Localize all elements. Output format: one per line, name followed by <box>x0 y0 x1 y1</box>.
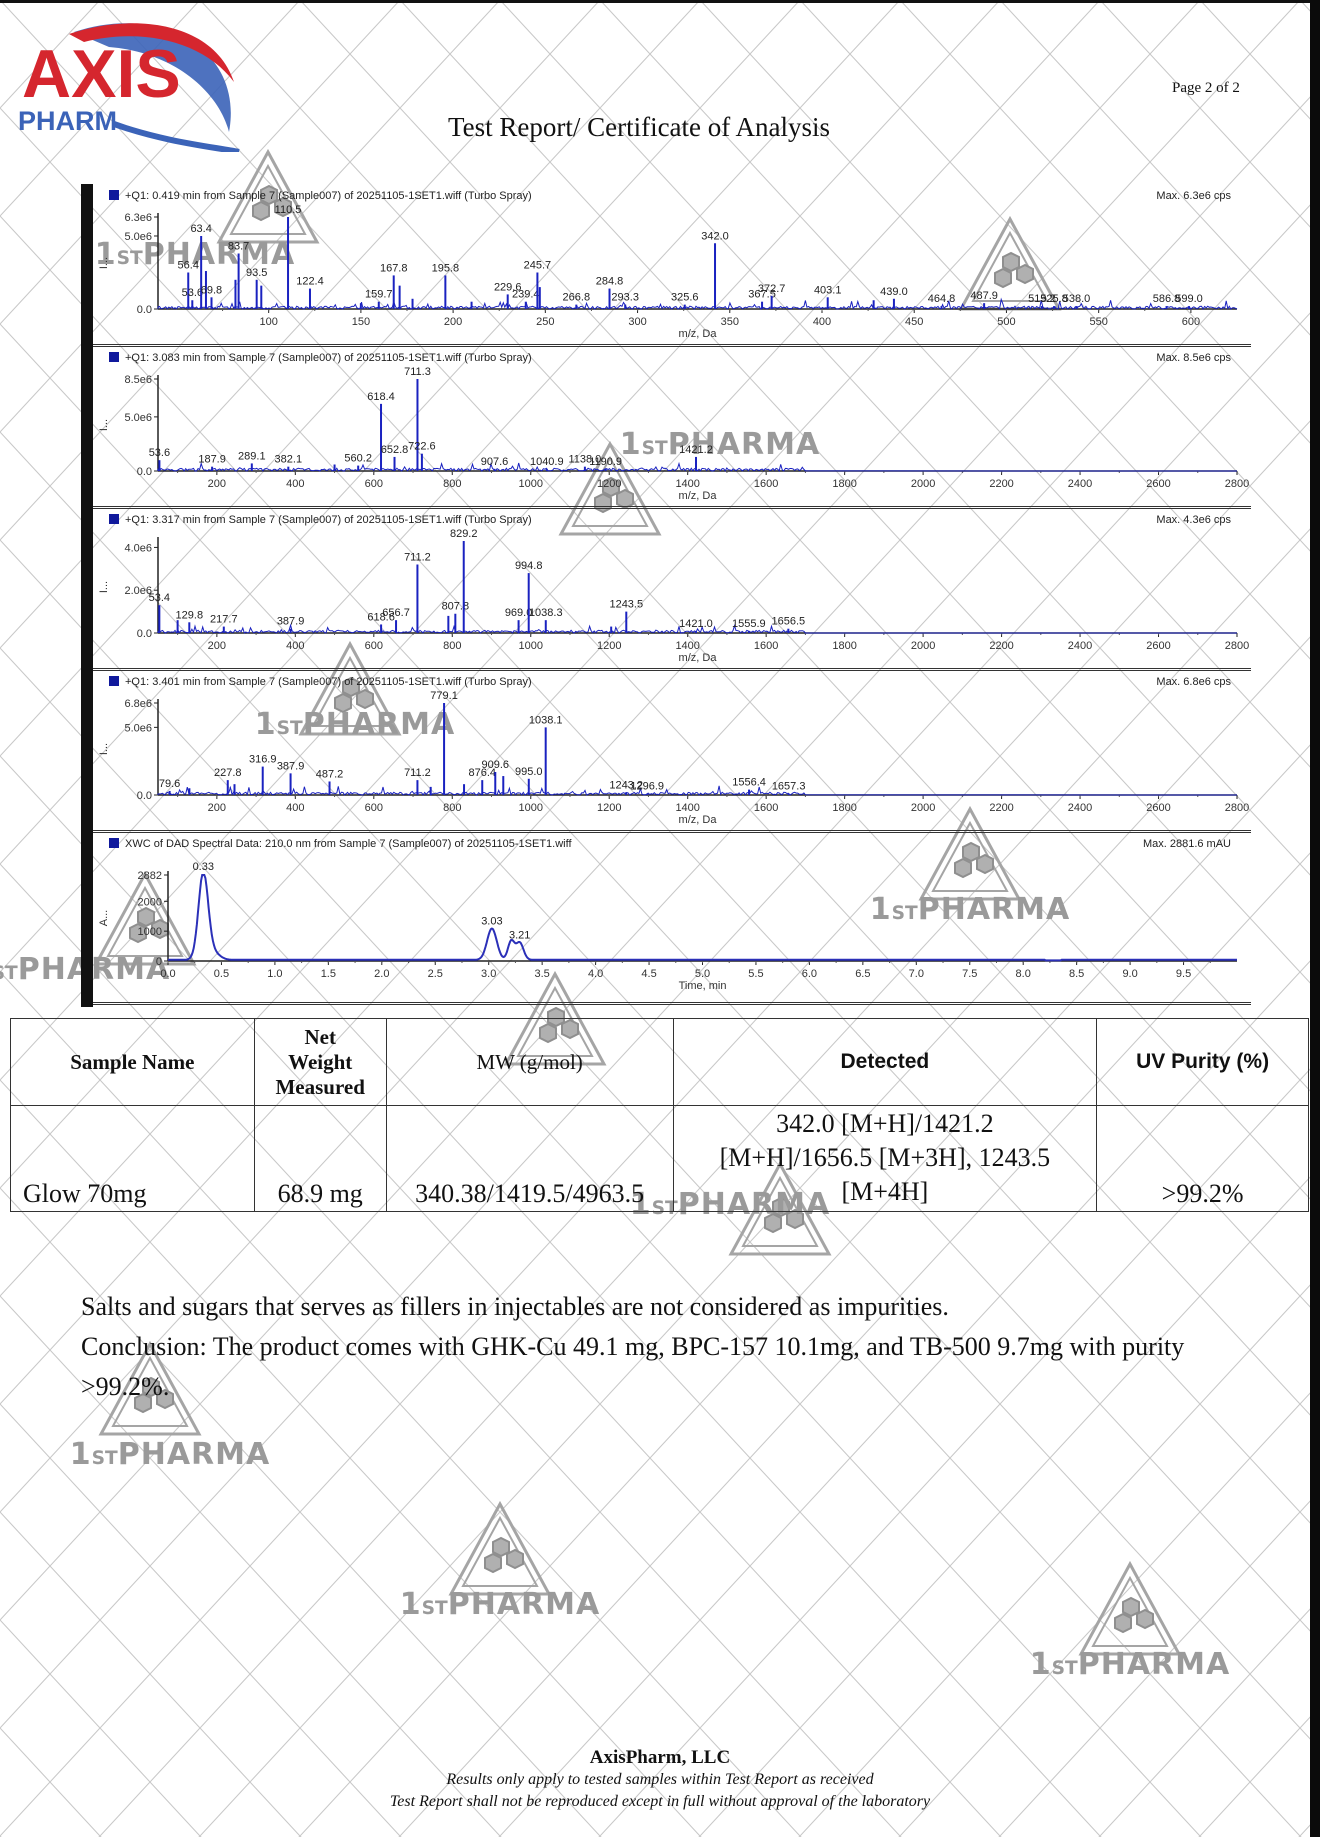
svg-text:150: 150 <box>352 316 370 328</box>
axispharm-logo: AXIS PHARM <box>14 12 244 152</box>
svg-text:266.8: 266.8 <box>563 292 591 304</box>
svg-text:2400: 2400 <box>1068 640 1092 652</box>
svg-text:93.5: 93.5 <box>246 267 267 279</box>
svg-text:2000: 2000 <box>138 896 162 908</box>
svg-text:245.7: 245.7 <box>524 259 552 271</box>
svg-text:293.3: 293.3 <box>611 292 639 304</box>
svg-text:227.8: 227.8 <box>214 767 242 779</box>
svg-text:I...: I... <box>98 743 110 755</box>
svg-text:316.9: 316.9 <box>249 754 277 766</box>
svg-text:403.1: 403.1 <box>814 284 842 296</box>
svg-text:5.0: 5.0 <box>695 968 710 980</box>
svg-text:2000: 2000 <box>911 640 935 652</box>
svg-text:1.5: 1.5 <box>321 968 336 980</box>
svg-text:2000: 2000 <box>911 478 935 490</box>
svg-text:69.8: 69.8 <box>201 284 222 296</box>
svg-text:I...: I... <box>98 581 110 593</box>
svg-text:2600: 2600 <box>1146 640 1170 652</box>
svg-text:1656.5: 1656.5 <box>772 616 806 628</box>
svg-text:0.33: 0.33 <box>193 861 214 873</box>
svg-text:1800: 1800 <box>832 802 856 814</box>
svg-text:1400: 1400 <box>675 640 699 652</box>
mass-spectrum-plot: 0.05.0e66.3e6I...10015020025030035040045… <box>93 184 1251 347</box>
svg-text:600: 600 <box>1182 316 1200 328</box>
header-net-weight-line1: Net <box>304 1025 335 1049</box>
svg-text:3.21: 3.21 <box>509 930 530 942</box>
header-uv-purity: UV Purity (%) <box>1097 1019 1309 1106</box>
ms-spectrum-panel-0419min: +Q1: 0.419 min from Sample 7 (Sample007)… <box>93 184 1251 347</box>
header-net-weight-line3: Measured <box>275 1075 364 1099</box>
svg-text:1600: 1600 <box>754 640 778 652</box>
svg-text:1000: 1000 <box>138 926 162 938</box>
svg-text:200: 200 <box>208 478 226 490</box>
svg-text:0.0: 0.0 <box>137 628 152 640</box>
svg-text:600: 600 <box>365 478 383 490</box>
svg-text:56.4: 56.4 <box>178 259 199 271</box>
svg-text:711.2: 711.2 <box>404 767 431 779</box>
svg-text:995.0: 995.0 <box>515 766 543 778</box>
header-sample-name: Sample Name <box>11 1019 255 1106</box>
svg-text:Time, min: Time, min <box>679 980 727 992</box>
svg-text:4.0e6: 4.0e6 <box>124 542 152 554</box>
svg-text:2800: 2800 <box>1225 640 1249 652</box>
cell-sample-name: Glow 70mg <box>11 1106 255 1212</box>
svg-text:800: 800 <box>443 478 461 490</box>
svg-text:217.7: 217.7 <box>210 614 238 626</box>
svg-text:159.7: 159.7 <box>365 289 393 301</box>
lcms-chart-stack: +Q1: 0.419 min from Sample 7 (Sample007)… <box>81 184 1251 1007</box>
svg-text:1800: 1800 <box>832 640 856 652</box>
header-net-weight-line2: Weight <box>288 1050 352 1074</box>
svg-text:2400: 2400 <box>1068 802 1092 814</box>
svg-text:5.5: 5.5 <box>748 968 763 980</box>
svg-text:3.0: 3.0 <box>481 968 496 980</box>
svg-text:656.7: 656.7 <box>382 607 410 619</box>
svg-text:829.2: 829.2 <box>450 528 478 540</box>
cell-net-weight: 68.9 mg <box>254 1106 386 1212</box>
svg-text:I...: I... <box>98 257 110 269</box>
svg-text:8.0: 8.0 <box>1016 968 1031 980</box>
svg-text:1000: 1000 <box>519 640 543 652</box>
svg-text:2200: 2200 <box>989 478 1013 490</box>
svg-text:2800: 2800 <box>1225 802 1249 814</box>
svg-text:187.9: 187.9 <box>198 454 226 466</box>
svg-text:6.0: 6.0 <box>802 968 817 980</box>
svg-text:1038.1: 1038.1 <box>529 714 563 726</box>
svg-text:1421.2: 1421.2 <box>679 444 713 456</box>
svg-text:4.0: 4.0 <box>588 968 603 980</box>
svg-text:538.0: 538.0 <box>1063 293 1091 305</box>
logo-brand-top: AXIS <box>22 36 181 112</box>
svg-text:994.8: 994.8 <box>515 560 543 572</box>
svg-text:200: 200 <box>444 316 462 328</box>
svg-text:400: 400 <box>813 316 831 328</box>
svg-text:9.0: 9.0 <box>1122 968 1137 980</box>
svg-text:0.0: 0.0 <box>137 304 152 316</box>
detected-line-1: 342.0 [M+H]/1421.2 <box>776 1109 994 1138</box>
uv-chromatogram-plot: 0100020002882A...0.00.51.01.52.02.53.03.… <box>93 832 1251 1005</box>
svg-text:1040.9: 1040.9 <box>530 456 564 468</box>
svg-text:800: 800 <box>443 802 461 814</box>
cell-uv-purity: >99.2% <box>1097 1106 1309 1212</box>
svg-text:652.8: 652.8 <box>381 444 409 456</box>
detected-line-2: [M+H]/1656.5 [M+3H], 1243.5 <box>720 1143 1050 1172</box>
svg-text:2200: 2200 <box>989 802 1013 814</box>
svg-text:1200: 1200 <box>597 640 621 652</box>
svg-text:250: 250 <box>536 316 554 328</box>
svg-text:342.0: 342.0 <box>701 230 729 242</box>
svg-text:600: 600 <box>365 802 383 814</box>
svg-text:560.2: 560.2 <box>344 453 372 465</box>
svg-text:400: 400 <box>286 478 304 490</box>
svg-text:195.8: 195.8 <box>432 262 460 274</box>
svg-text:400: 400 <box>286 640 304 652</box>
svg-text:1400: 1400 <box>675 478 699 490</box>
svg-text:907.6: 907.6 <box>481 456 509 468</box>
svg-text:618.4: 618.4 <box>367 391 395 403</box>
svg-text:A...: A... <box>98 910 110 927</box>
svg-text:325.6: 325.6 <box>671 292 699 304</box>
svg-text:372.7: 372.7 <box>758 283 786 295</box>
svg-text:4.5: 4.5 <box>641 968 656 980</box>
notes-section: Salts and sugars that serves as fillers … <box>81 1287 1231 1407</box>
svg-text:487.9: 487.9 <box>970 290 998 302</box>
svg-text:200: 200 <box>208 640 226 652</box>
svg-text:79.6: 79.6 <box>159 778 180 790</box>
svg-text:779.1: 779.1 <box>430 690 458 702</box>
svg-text:439.0: 439.0 <box>880 286 908 298</box>
mass-spectrum-plot: 0.02.0e64.0e6I...20040060080010001200140… <box>93 508 1251 671</box>
svg-text:2600: 2600 <box>1146 478 1170 490</box>
svg-text:m/z, Da: m/z, Da <box>679 328 718 340</box>
report-title: Test Report/ Certificate of Analysis <box>448 112 830 143</box>
scan-edge-right <box>1310 0 1320 1837</box>
svg-text:1556.4: 1556.4 <box>732 777 766 789</box>
svg-text:6.3e6: 6.3e6 <box>124 212 152 224</box>
svg-text:7.5: 7.5 <box>962 968 977 980</box>
svg-text:0: 0 <box>156 956 162 968</box>
svg-text:0.5: 0.5 <box>214 968 229 980</box>
svg-text:0.0: 0.0 <box>137 790 152 802</box>
svg-text:1600: 1600 <box>754 478 778 490</box>
footer-disclaimer-2: Test Report shall not be reproduced exce… <box>0 1791 1320 1813</box>
svg-text:300: 300 <box>628 316 646 328</box>
svg-text:550: 550 <box>1089 316 1107 328</box>
header-detected: Detected <box>673 1019 1097 1106</box>
header-mw: MW (g/mol) <box>386 1019 673 1106</box>
cell-detected: 342.0 [M+H]/1421.2 [M+H]/1656.5 [M+3H], … <box>673 1106 1097 1212</box>
svg-text:711.2: 711.2 <box>404 552 431 564</box>
svg-text:1200: 1200 <box>597 802 621 814</box>
svg-text:m/z, Da: m/z, Da <box>679 814 718 826</box>
svg-text:400: 400 <box>286 802 304 814</box>
svg-text:387.9: 387.9 <box>277 616 305 628</box>
svg-text:0.0: 0.0 <box>137 466 152 478</box>
svg-text:7.0: 7.0 <box>909 968 924 980</box>
svg-text:284.8: 284.8 <box>596 276 624 288</box>
svg-text:722.6: 722.6 <box>408 441 436 453</box>
svg-text:1200: 1200 <box>597 478 621 490</box>
results-table: Sample Name Net Weight Measured MW (g/mo… <box>10 1018 1309 1212</box>
uv-chromatogram-panel: XWC of DAD Spectral Data: 210.0 nm from … <box>93 832 1251 1005</box>
svg-text:500: 500 <box>997 316 1015 328</box>
svg-text:9.5: 9.5 <box>1176 968 1191 980</box>
svg-text:129.8: 129.8 <box>176 609 204 621</box>
svg-text:167.8: 167.8 <box>380 262 408 274</box>
svg-text:2.5: 2.5 <box>428 968 443 980</box>
svg-text:63.4: 63.4 <box>190 223 211 235</box>
detected-line-3: [M+4H] <box>841 1177 928 1206</box>
mass-spectrum-plot: 0.05.0e68.5e6I...20040060080010001200140… <box>93 346 1251 509</box>
svg-text:5.0e6: 5.0e6 <box>124 722 152 734</box>
svg-text:487.2: 487.2 <box>316 768 344 780</box>
scan-edge-top <box>0 0 1320 3</box>
svg-text:387.9: 387.9 <box>277 760 305 772</box>
svg-text:1657.3: 1657.3 <box>772 781 806 793</box>
svg-text:239.4: 239.4 <box>512 289 540 301</box>
svg-text:350: 350 <box>721 316 739 328</box>
svg-text:1555.9: 1555.9 <box>732 618 766 630</box>
svg-text:53.4: 53.4 <box>149 592 170 604</box>
svg-text:m/z, Da: m/z, Da <box>679 652 718 664</box>
svg-text:1421.0: 1421.0 <box>679 618 713 630</box>
svg-text:m/z, Da: m/z, Da <box>679 490 718 502</box>
svg-text:110.5: 110.5 <box>275 204 302 216</box>
svg-text:1.0: 1.0 <box>267 968 282 980</box>
svg-text:0.0: 0.0 <box>160 968 175 980</box>
fillers-note: Salts and sugars that serves as fillers … <box>81 1287 1231 1327</box>
svg-text:1000: 1000 <box>519 802 543 814</box>
svg-text:8.5e6: 8.5e6 <box>124 374 152 386</box>
table-row: Glow 70mg 68.9 mg 340.38/1419.5/4963.5 3… <box>11 1106 1309 1212</box>
svg-text:599.0: 599.0 <box>1175 293 1203 305</box>
svg-text:800: 800 <box>443 640 461 652</box>
svg-text:1038.3: 1038.3 <box>529 607 563 619</box>
svg-text:450: 450 <box>905 316 923 328</box>
svg-text:2.0: 2.0 <box>374 968 389 980</box>
page-indicator: Page 2 of 2 <box>1172 80 1240 97</box>
header-net-weight: Net Weight Measured <box>254 1019 386 1106</box>
svg-text:807.8: 807.8 <box>442 601 470 613</box>
footer: AxisPharm, LLC Results only apply to tes… <box>0 1747 1320 1813</box>
svg-text:53.6: 53.6 <box>149 447 170 459</box>
svg-text:1800: 1800 <box>832 478 856 490</box>
svg-text:200: 200 <box>208 802 226 814</box>
svg-text:2600: 2600 <box>1146 802 1170 814</box>
svg-text:3.03: 3.03 <box>481 916 502 928</box>
svg-text:122.4: 122.4 <box>296 276 324 288</box>
footer-company: AxisPharm, LLC <box>0 1747 1320 1769</box>
svg-text:289.1: 289.1 <box>238 450 266 462</box>
svg-text:909.6: 909.6 <box>482 759 510 771</box>
svg-text:600: 600 <box>365 640 383 652</box>
svg-text:83.7: 83.7 <box>228 241 249 253</box>
conclusion-text: Conclusion: The product comes with GHK-C… <box>81 1327 1231 1407</box>
svg-text:1243.5: 1243.5 <box>609 599 643 611</box>
logo-brand-bottom: PHARM <box>18 106 117 136</box>
svg-text:8.5: 8.5 <box>1069 968 1084 980</box>
svg-text:464.8: 464.8 <box>928 293 956 305</box>
svg-text:3.5: 3.5 <box>535 968 550 980</box>
svg-text:1600: 1600 <box>754 802 778 814</box>
svg-text:2882: 2882 <box>138 870 162 882</box>
svg-text:5.0e6: 5.0e6 <box>124 412 152 424</box>
svg-text:I...: I... <box>98 419 110 431</box>
results-header-row: Sample Name Net Weight Measured MW (g/mo… <box>11 1019 1309 1106</box>
svg-text:5.0e6: 5.0e6 <box>124 231 152 243</box>
ms-spectrum-panel-3317min: +Q1: 3.317 min from Sample 7 (Sample007)… <box>93 508 1251 671</box>
ms-spectrum-panel-3083min: +Q1: 3.083 min from Sample 7 (Sample007)… <box>93 346 1251 509</box>
mass-spectrum-plot: 0.05.0e66.8e6I...20040060080010001200140… <box>93 670 1251 833</box>
svg-text:100: 100 <box>259 316 277 328</box>
svg-text:711.3: 711.3 <box>404 366 431 378</box>
svg-text:6.8e6: 6.8e6 <box>124 698 152 710</box>
svg-text:2800: 2800 <box>1225 478 1249 490</box>
footer-disclaimer-1: Results only apply to tested samples wit… <box>0 1769 1320 1791</box>
svg-text:2400: 2400 <box>1068 478 1092 490</box>
svg-text:2000: 2000 <box>911 802 935 814</box>
svg-text:1296.9: 1296.9 <box>630 781 664 793</box>
svg-text:1000: 1000 <box>519 478 543 490</box>
ms-spectrum-panel-3401min: +Q1: 3.401 min from Sample 7 (Sample007)… <box>93 670 1251 833</box>
svg-text:1190.9: 1190.9 <box>589 456 622 468</box>
svg-text:1400: 1400 <box>675 802 699 814</box>
svg-text:382.1: 382.1 <box>275 454 303 466</box>
cell-mw: 340.38/1419.5/4963.5 <box>386 1106 673 1212</box>
svg-text:6.5: 6.5 <box>855 968 870 980</box>
svg-text:2200: 2200 <box>989 640 1013 652</box>
